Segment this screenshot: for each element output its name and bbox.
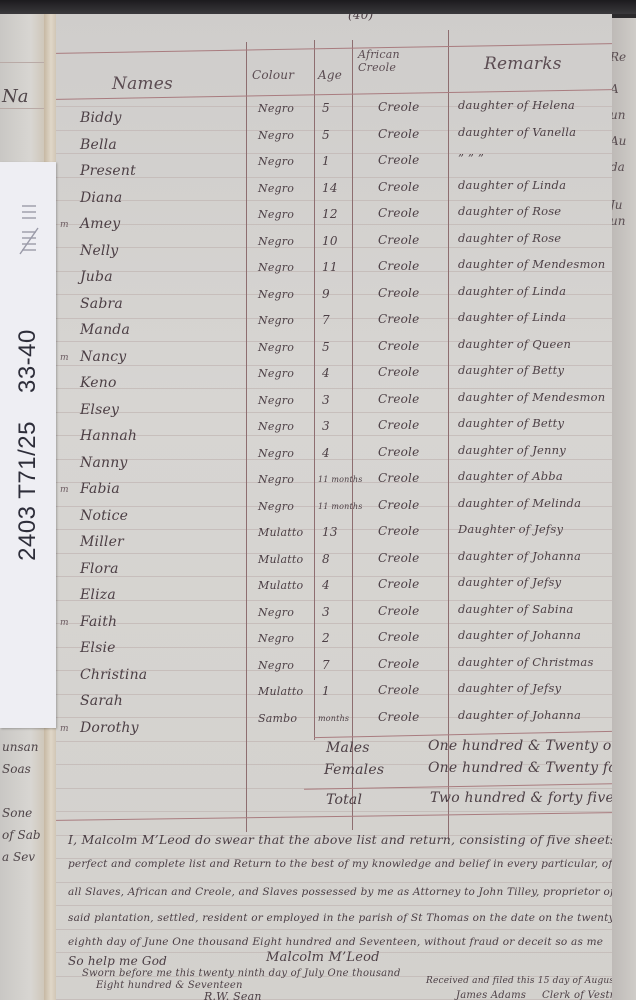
cell-remark: daughter of Linda bbox=[458, 284, 566, 298]
sum-rule bbox=[304, 783, 612, 789]
cell-origin: Creole bbox=[378, 286, 419, 300]
ruled-line bbox=[56, 929, 612, 930]
cell-remark: daughter of Rose bbox=[458, 231, 561, 245]
cell-remark: daughter of Christmas bbox=[458, 655, 594, 669]
cell-name: Diana bbox=[80, 190, 122, 206]
cell-remark: daughter of Mendesmon bbox=[458, 257, 605, 271]
cell-colour: Negro bbox=[258, 500, 294, 513]
cell-age: 7 bbox=[322, 313, 330, 327]
cell-age: 3 bbox=[322, 605, 330, 619]
left-fragment: of Sab bbox=[2, 828, 41, 842]
clerk-title: Clerk of Vestry bbox=[542, 990, 612, 1000]
cell-origin: Creole bbox=[378, 180, 419, 194]
ruled-line bbox=[56, 224, 612, 225]
cell-origin: Creole bbox=[378, 312, 419, 326]
cell-age: 5 bbox=[322, 101, 330, 115]
cell-name: Elsey bbox=[80, 402, 119, 418]
cell-origin: Creole bbox=[378, 471, 419, 485]
ruled-line bbox=[56, 647, 612, 648]
cell-age: 4 bbox=[322, 578, 330, 592]
cell-remark: daughter of Vanella bbox=[458, 125, 576, 139]
cell-remark: daughter of Betty bbox=[458, 416, 564, 430]
cell-origin: Creole bbox=[378, 551, 419, 565]
cell-remark: daughter of Melinda bbox=[458, 496, 581, 510]
ruled-line bbox=[56, 459, 612, 460]
cell-name: Dorothy bbox=[80, 720, 139, 736]
left-fragment: Soas bbox=[2, 762, 31, 776]
cell-name: Manda bbox=[80, 322, 130, 338]
oath-signature: Malcolm M’Leod bbox=[266, 950, 380, 965]
cell-name: Bella bbox=[80, 137, 117, 153]
cell-name: Notice bbox=[80, 508, 128, 524]
cell-age: 13 bbox=[322, 525, 338, 539]
header-colour: Colour bbox=[252, 68, 294, 82]
cell-colour: Negro bbox=[258, 314, 294, 327]
label-text: 2403 T71/2533-40 bbox=[14, 329, 42, 561]
cell-origin: Creole bbox=[378, 259, 419, 273]
cell-name: Amey bbox=[80, 216, 120, 232]
cell-age: 3 bbox=[322, 393, 330, 407]
cell-name: Hannah bbox=[80, 428, 137, 444]
totals-bottom-rule bbox=[56, 812, 612, 821]
cell-origin: Creole bbox=[378, 683, 419, 697]
cell-origin: Creole bbox=[378, 445, 419, 459]
cell-age: 9 bbox=[322, 287, 330, 301]
total-label: Total bbox=[326, 792, 362, 808]
cell-age: 11 months bbox=[318, 475, 363, 484]
cell-origin: Creole bbox=[378, 339, 419, 353]
cell-remark: daughter of Linda bbox=[458, 178, 566, 192]
cell-name: Sarah bbox=[80, 693, 123, 709]
cell-origin: Creole bbox=[378, 127, 419, 141]
oath-closing: So help me God bbox=[68, 954, 167, 968]
cell-age: 5 bbox=[322, 128, 330, 142]
oath-line: perfect and complete list and Return to … bbox=[68, 858, 612, 870]
cell-remark: Daughter of Jefsy bbox=[458, 522, 563, 536]
cell-remark: daughter of Johanna bbox=[458, 708, 581, 722]
cell-origin: Creole bbox=[378, 365, 419, 379]
oath-line: eighth day of June One thousand Eight hu… bbox=[68, 936, 603, 948]
cell-origin: Creole bbox=[378, 418, 419, 432]
cell-colour: Negro bbox=[258, 208, 294, 221]
row-margin-mark: m bbox=[60, 724, 69, 734]
column-rule bbox=[352, 40, 353, 830]
cell-remark: daughter of Linda bbox=[458, 310, 566, 324]
cell-name: Nancy bbox=[80, 349, 126, 365]
cell-remark: daughter of Rose bbox=[458, 204, 561, 218]
cell-age: 11 months bbox=[318, 502, 363, 511]
cell-remark: daughter of Mendesmon bbox=[458, 390, 605, 404]
row-margin-mark: m bbox=[60, 353, 69, 363]
cell-origin: Creole bbox=[378, 392, 419, 406]
total-value: Two hundred & forty five bbox=[430, 790, 612, 806]
header-names: Names bbox=[112, 74, 173, 94]
cell-name: Christina bbox=[80, 667, 147, 683]
cell-age: 4 bbox=[322, 446, 330, 460]
cell-colour: Negro bbox=[258, 129, 294, 142]
cell-remark: daughter of Abba bbox=[458, 469, 563, 483]
males-value: One hundred & Twenty one bbox=[428, 738, 612, 754]
cell-age: 8 bbox=[322, 552, 330, 566]
cell-colour: Negro bbox=[258, 182, 294, 195]
cell-age: 7 bbox=[322, 658, 330, 672]
cell-remark: daughter of Jenny bbox=[458, 443, 566, 457]
cell-name: Fabia bbox=[80, 481, 120, 497]
cell-name: Keno bbox=[80, 375, 117, 391]
cell-origin: Creole bbox=[378, 604, 419, 618]
cell-colour: Negro bbox=[258, 288, 294, 301]
reference-number: 2403 T71/25 bbox=[14, 421, 41, 561]
ruled-line bbox=[56, 882, 612, 883]
cell-colour: Negro bbox=[258, 367, 294, 380]
cell-colour: Negro bbox=[258, 341, 294, 354]
cell-age: 11 bbox=[322, 260, 338, 274]
sworn-line: Sworn before me this twenty ninth day of… bbox=[82, 968, 401, 979]
cell-remark: ” ” ” bbox=[458, 151, 484, 165]
cell-name: Nelly bbox=[80, 243, 118, 259]
cell-age: 1 bbox=[322, 684, 330, 698]
oath-line: I, Malcolm M’Leod do swear that the abov… bbox=[68, 832, 612, 847]
left-fragment: unsan bbox=[2, 740, 39, 754]
cell-colour: Negro bbox=[258, 632, 294, 645]
cell-colour: Negro bbox=[258, 235, 294, 248]
cell-remark: daughter of Helena bbox=[458, 98, 575, 112]
cell-remark: daughter of Johanna bbox=[458, 549, 581, 563]
males-label: Males bbox=[326, 740, 370, 756]
cell-colour: Negro bbox=[258, 473, 294, 486]
cell-remark: daughter of Queen bbox=[458, 337, 571, 351]
cell-age: months bbox=[318, 714, 349, 723]
cell-colour: Negro bbox=[258, 606, 294, 619]
column-rule bbox=[246, 42, 247, 832]
cell-colour: Negro bbox=[258, 447, 294, 460]
column-rule bbox=[314, 40, 315, 740]
column-rule bbox=[448, 30, 449, 840]
received-line: Received and filed this 15 day of August bbox=[426, 976, 612, 986]
cell-name: Juba bbox=[80, 269, 113, 285]
cell-name: Flora bbox=[80, 561, 119, 577]
cell-age: 5 bbox=[322, 340, 330, 354]
right-fragment: Au bbox=[610, 134, 626, 148]
left-fragment: Sone bbox=[2, 806, 32, 820]
cell-age: 4 bbox=[322, 366, 330, 380]
females-value: One hundred & Twenty four bbox=[428, 760, 612, 776]
left-fragment: Na bbox=[2, 86, 28, 107]
cell-origin: Creole bbox=[378, 233, 419, 247]
cell-origin: Creole bbox=[378, 498, 419, 512]
cell-origin: Creole bbox=[378, 206, 419, 220]
cell-remark: daughter of Betty bbox=[458, 363, 564, 377]
cell-name: Nanny bbox=[80, 455, 128, 471]
left-fragment: a Sev bbox=[2, 850, 35, 864]
cell-age: 10 bbox=[322, 234, 338, 248]
cell-age: 2 bbox=[322, 631, 330, 645]
cell-name: Miller bbox=[80, 534, 124, 550]
cell-origin: Creole bbox=[378, 657, 419, 671]
clerk-signature: James Adams bbox=[456, 990, 526, 1000]
cell-age: 14 bbox=[322, 181, 338, 195]
cell-origin: Creole bbox=[378, 100, 419, 114]
cell-name: Biddy bbox=[80, 110, 122, 126]
ledger-page: (40) Names Colour Age African Creole Rem… bbox=[56, 10, 612, 1000]
cell-remark: daughter of Jefsy bbox=[458, 681, 561, 695]
header-age: Age bbox=[318, 68, 342, 82]
cell-origin: Creole bbox=[378, 577, 419, 591]
right-fragment: un bbox=[610, 214, 625, 228]
cell-origin: Creole bbox=[378, 710, 419, 724]
oath-line: all Slaves, African and Creole, and Slav… bbox=[68, 886, 612, 898]
ruled-line bbox=[56, 811, 612, 812]
cell-origin: Creole bbox=[378, 630, 419, 644]
cell-colour: Mulatto bbox=[258, 553, 303, 566]
row-margin-mark: m bbox=[60, 618, 69, 628]
cell-colour: Negro bbox=[258, 394, 294, 407]
right-fragment: Re bbox=[610, 50, 626, 64]
ruled-line bbox=[56, 412, 612, 413]
right-fragment: un bbox=[610, 108, 625, 122]
cell-remark: daughter of Sabina bbox=[458, 602, 573, 616]
cell-colour: Negro bbox=[258, 102, 294, 115]
right-fragment: da bbox=[610, 160, 625, 174]
ruled-line bbox=[56, 435, 612, 436]
ruled-line bbox=[56, 905, 612, 906]
cell-colour: Sambo bbox=[258, 712, 297, 725]
cell-colour: Negro bbox=[258, 155, 294, 168]
magistrate-signature: R.W. Sean bbox=[204, 990, 262, 1000]
cell-name: Present bbox=[80, 163, 136, 179]
page-range: 33-40 bbox=[14, 329, 41, 393]
cell-colour: Mulatto bbox=[258, 579, 303, 592]
cell-colour: Mulatto bbox=[258, 685, 303, 698]
cell-colour: Negro bbox=[258, 659, 294, 672]
cell-name: Eliza bbox=[80, 587, 116, 603]
cell-name: Elsie bbox=[80, 640, 116, 656]
ruled-line bbox=[56, 153, 612, 154]
cell-age: 3 bbox=[322, 419, 330, 433]
ruled-line bbox=[56, 200, 612, 201]
cell-age: 12 bbox=[322, 207, 338, 221]
females-label: Females bbox=[324, 762, 384, 778]
cell-remark: daughter of Jefsy bbox=[458, 575, 561, 589]
cell-name: Faith bbox=[80, 614, 117, 630]
book-top-shadow bbox=[0, 0, 636, 14]
cell-origin: Creole bbox=[378, 524, 419, 538]
cell-origin: Creole bbox=[378, 153, 419, 167]
cell-remark: daughter of Johanna bbox=[458, 628, 581, 642]
ruled-line bbox=[56, 623, 612, 624]
cell-name: Sabra bbox=[80, 296, 123, 312]
header-african-creole: African Creole bbox=[358, 48, 428, 74]
cell-colour: Negro bbox=[258, 420, 294, 433]
row-margin-mark: m bbox=[60, 485, 69, 495]
oath-line: said plantation, settled, resident or em… bbox=[68, 912, 612, 924]
ruled-line bbox=[56, 600, 612, 601]
tally-mark-icon bbox=[18, 202, 40, 262]
archive-reference-label: 2403 T71/2533-40 bbox=[0, 162, 56, 728]
row-margin-mark: m bbox=[60, 220, 69, 230]
header-remarks: Remarks bbox=[484, 54, 562, 74]
cell-colour: Mulatto bbox=[258, 526, 303, 539]
cell-colour: Negro bbox=[258, 261, 294, 274]
header-rule-top bbox=[56, 43, 612, 54]
cell-age: 1 bbox=[322, 154, 330, 168]
